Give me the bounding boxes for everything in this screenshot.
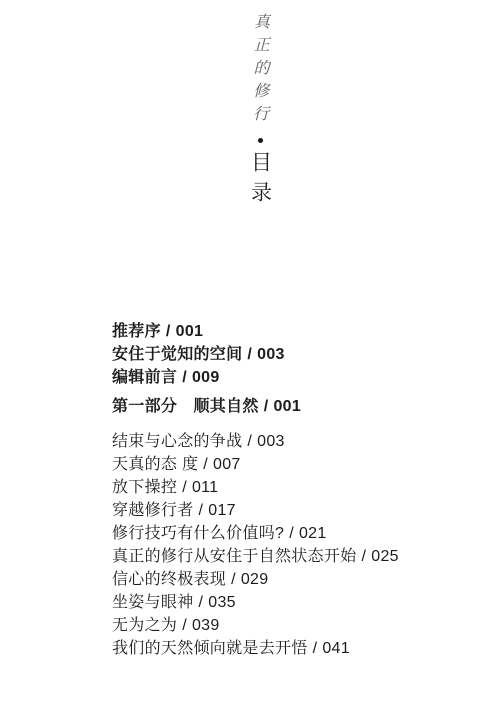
toc-entry-title: 我们的天然倾向就是去开悟 xyxy=(112,640,308,657)
toc-chapter-entry: 信心的终极表现/029 xyxy=(112,568,399,591)
separator-dot-icon xyxy=(258,138,263,143)
toc-entry-page: 039 xyxy=(192,617,220,634)
toc-entry-title: 信心的终极表现 xyxy=(112,571,226,588)
table-of-contents: 推荐序/001 安住于觉知的空间/003 编辑前言/009 第一部分 顺其自然/… xyxy=(112,320,399,660)
toc-entry-separator: / xyxy=(247,346,252,363)
toc-entry-page: 009 xyxy=(192,369,220,386)
toc-entry-separator: / xyxy=(362,548,367,565)
toc-chapter-entry: 坐姿与眼神/035 xyxy=(112,591,399,614)
toc-entry-title: 天真的态 度 xyxy=(112,456,198,473)
toc-entry-page: 003 xyxy=(257,346,285,363)
toc-entry-title: 结束与心念的争战 xyxy=(112,433,242,450)
toc-chapter-entry: 天真的态 度/007 xyxy=(112,453,399,476)
contents-page-title: 目录 xyxy=(250,151,271,211)
toc-entry-title: 无为之为 xyxy=(112,617,177,634)
toc-entry-page: 021 xyxy=(299,525,327,542)
toc-front-matter-entry: 编辑前言/009 xyxy=(112,366,399,389)
toc-chapter-entry: 我们的天然倾向就是去开悟/041 xyxy=(112,637,399,660)
toc-entry-page: 011 xyxy=(192,479,218,496)
toc-entry-page: 003 xyxy=(257,433,285,450)
toc-chapter-entry: 穿越修行者/017 xyxy=(112,499,399,522)
toc-entry-separator: / xyxy=(289,525,294,542)
toc-chapter-entry: 放下操控/011 xyxy=(112,476,399,499)
toc-entry-separator: / xyxy=(182,369,187,386)
toc-entry-separator: / xyxy=(247,433,252,450)
toc-entry-separator: / xyxy=(264,398,269,415)
toc-entry-title: 编辑前言 xyxy=(112,369,177,386)
toc-entry-separator: / xyxy=(182,479,187,496)
toc-entry-title: 推荐序 xyxy=(112,323,161,340)
toc-part-title: 第一部分 顺其自然 xyxy=(112,398,259,415)
toc-entry-title: 放下操控 xyxy=(112,479,177,496)
toc-entry-page: 017 xyxy=(208,502,236,519)
toc-entry-separator: / xyxy=(199,594,204,611)
toc-part-header: 第一部分 顺其自然/001 xyxy=(112,395,399,418)
toc-entry-separator: / xyxy=(203,456,208,473)
toc-entry-separator: / xyxy=(313,640,318,657)
toc-chapter-entry: 结束与心念的争战/003 xyxy=(112,430,399,453)
toc-entry-title: 安住于觉知的空间 xyxy=(112,346,242,363)
toc-entry-page: 035 xyxy=(208,594,236,611)
toc-entry-page: 001 xyxy=(176,323,204,340)
toc-entry-title: 坐姿与眼神 xyxy=(112,594,194,611)
spine-title-block: 真正的修行 目录 xyxy=(243,13,277,211)
toc-entry-page: 007 xyxy=(213,456,241,473)
toc-entry-separator: / xyxy=(231,571,236,588)
toc-entry-page: 025 xyxy=(371,548,399,565)
toc-entry-separator: / xyxy=(199,502,204,519)
book-page: 真正的修行 目录 推荐序/001 安住于觉知的空间/003 编辑前言/009 第… xyxy=(0,0,504,716)
toc-entry-title: 穿越修行者 xyxy=(112,502,194,519)
toc-front-matter-entry: 推荐序/001 xyxy=(112,320,399,343)
toc-front-matter-entry: 安住于觉知的空间/003 xyxy=(112,343,399,366)
toc-chapter-entry: 真正的修行从安住于自然状态开始/025 xyxy=(112,545,399,568)
toc-entry-page: 029 xyxy=(241,571,269,588)
toc-chapter-entry: 修行技巧有什么价值吗?/021 xyxy=(112,522,399,545)
toc-entry-separator: / xyxy=(182,617,187,634)
toc-chapter-entry: 无为之为/039 xyxy=(112,614,399,637)
toc-entry-page: 041 xyxy=(322,640,350,657)
toc-entry-separator: / xyxy=(166,323,171,340)
toc-part-page: 001 xyxy=(273,398,301,415)
calligraphy-book-title: 真正的修行 xyxy=(251,13,268,128)
toc-entry-title: 修行技巧有什么价值吗? xyxy=(112,525,284,542)
toc-entry-title: 真正的修行从安住于自然状态开始 xyxy=(112,548,357,565)
